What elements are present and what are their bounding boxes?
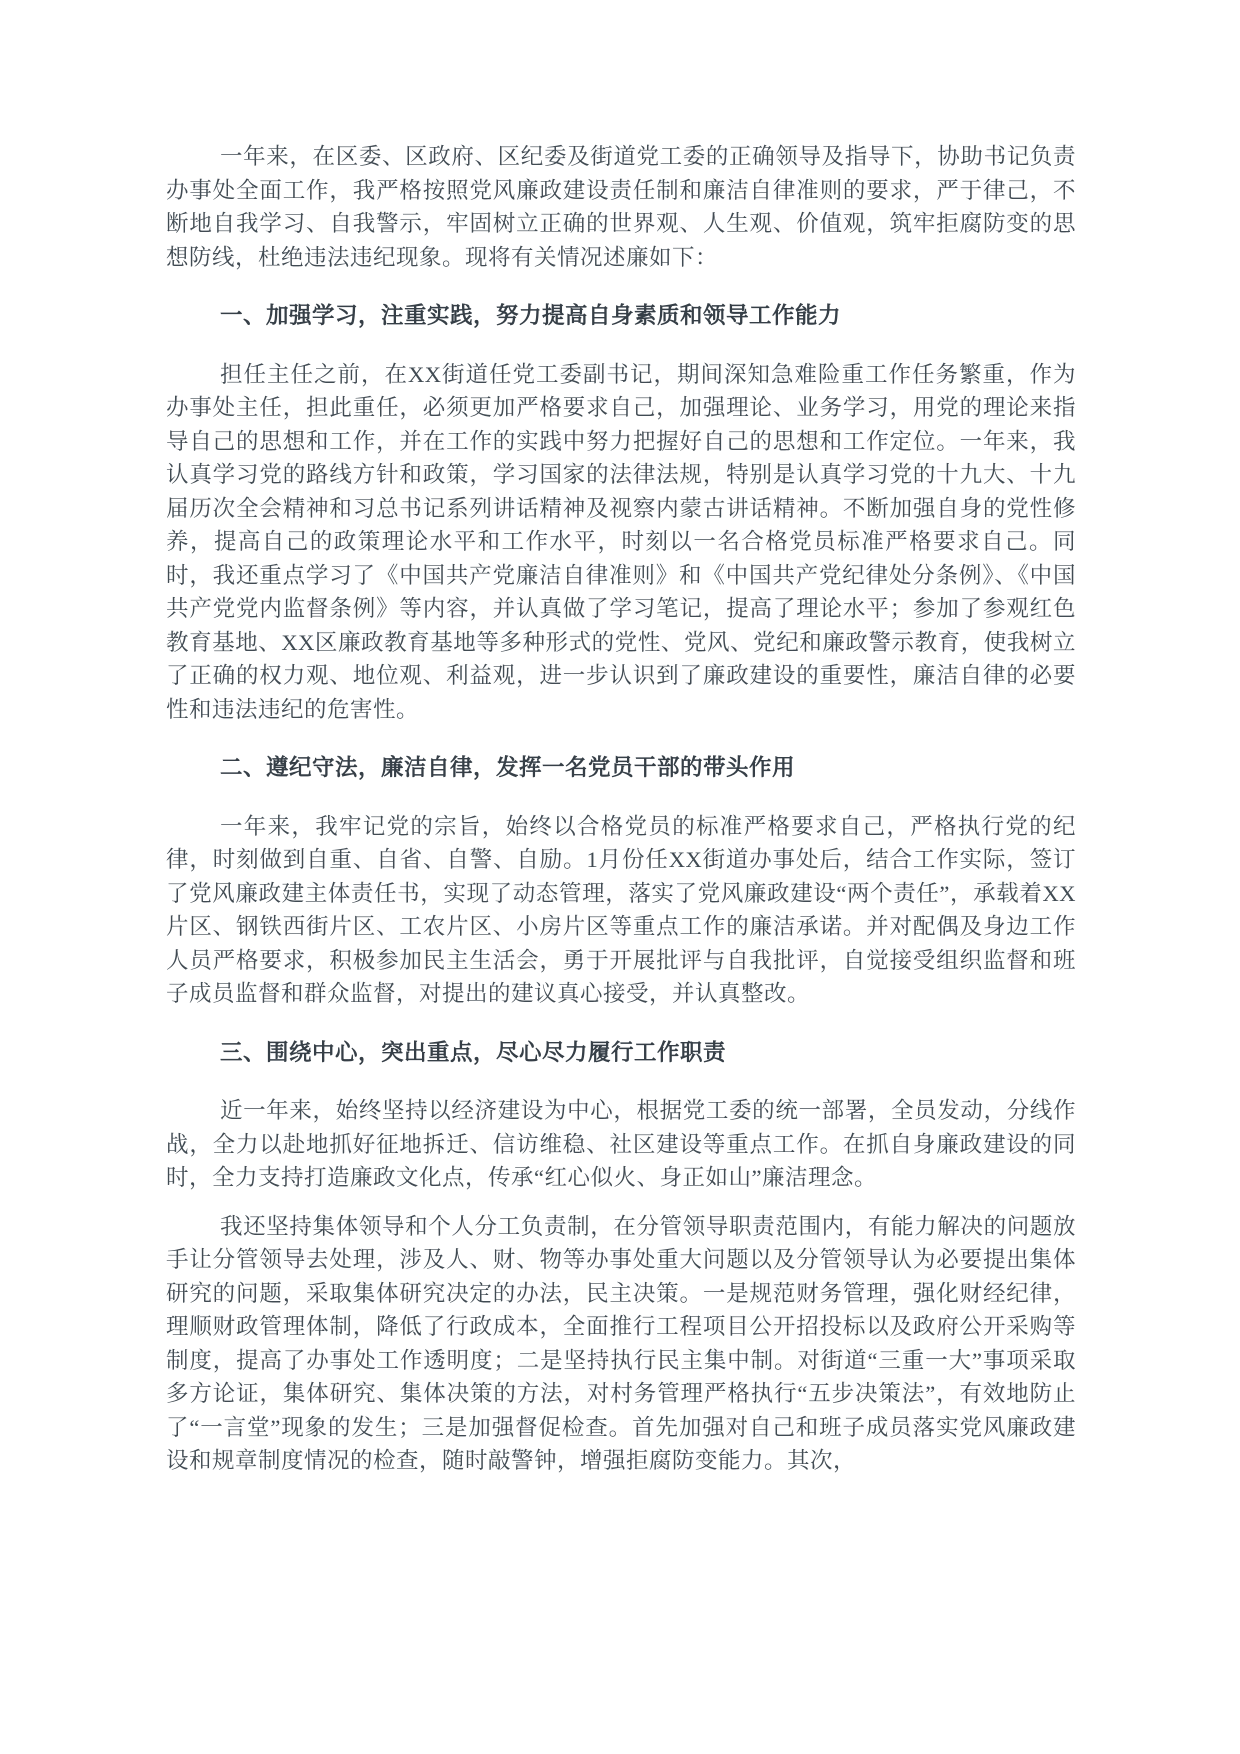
heading-section-3: 三、围绕中心，突出重点，尽心尽力履行工作职责	[166, 1036, 1076, 1070]
paragraph-section-1: 担任主任之前，在XX街道任党工委副书记，期间深知急难险重工作任务繁重，作为办事处…	[166, 358, 1076, 727]
paragraph-section-3-part-1: 近一年来，始终坚持以经济建设为中心，根据党工委的统一部署，全员发动，分线作战，全…	[166, 1094, 1076, 1195]
paragraph-section-2: 一年来，我牢记党的宗旨，始终以合格党员的标准严格要求自己，严格执行党的纪律，时刻…	[166, 810, 1076, 1011]
paragraph-section-3-part-2: 我还坚持集体领导和个人分工负责制，在分管领导职责范围内，有能力解决的问题放手让分…	[166, 1210, 1076, 1478]
heading-section-1: 一、加强学习，注重实践，努力提高自身素质和领导工作能力	[166, 299, 1076, 333]
document-page: 一年来，在区委、区政府、区纪委及街道党工委的正确领导及指导下，协助书记负责办事处…	[0, 0, 1240, 1754]
heading-section-2: 二、遵纪守法，廉洁自律，发挥一名党员干部的带头作用	[166, 751, 1076, 785]
paragraph-intro: 一年来，在区委、区政府、区纪委及街道党工委的正确领导及指导下，协助书记负责办事处…	[166, 140, 1076, 274]
